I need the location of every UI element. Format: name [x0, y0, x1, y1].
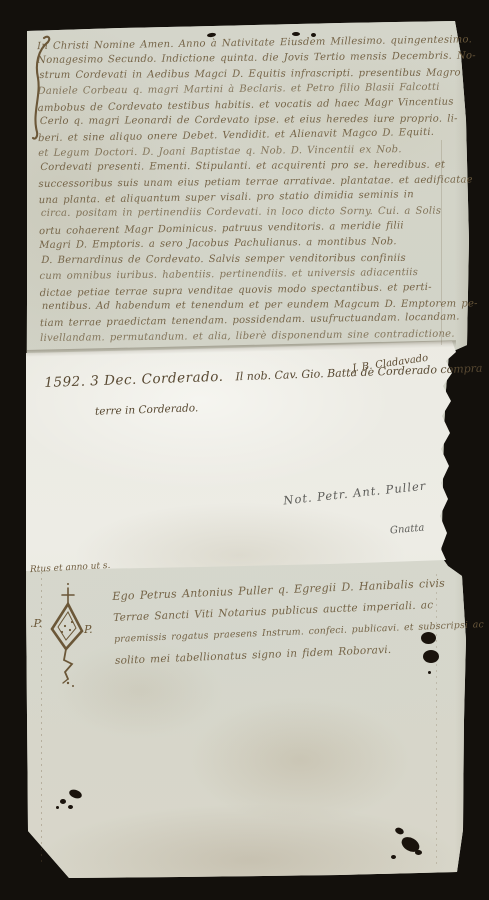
ink-dash: [292, 32, 300, 36]
ink-dot: [311, 33, 316, 37]
main-text-block: In Christi Nomine Amen. Anno à Nativitat…: [37, 34, 464, 347]
ink-dot: [60, 799, 66, 804]
ink-dot: [428, 671, 431, 674]
sign-letter-right: P.: [84, 623, 93, 636]
ink-dot: [421, 632, 436, 644]
ink-dot: [423, 650, 439, 663]
ink-dot: [415, 850, 422, 855]
notarial-sign-icon: [28, 582, 103, 694]
ink-dot: [56, 806, 59, 809]
sign-letter-left: .P.: [30, 617, 42, 630]
manuscript-scan: In Christi Nomine Amen. Anno à Nativitat…: [0, 0, 489, 900]
ink-dot: [68, 805, 73, 809]
ink-dot: [391, 855, 396, 859]
text-line: Cordevati presenti. Ementi. Stipulanti. …: [40, 158, 464, 176]
notary-subscription: Ego Petrus Antonius Puller q. Egregii D.…: [112, 572, 471, 672]
